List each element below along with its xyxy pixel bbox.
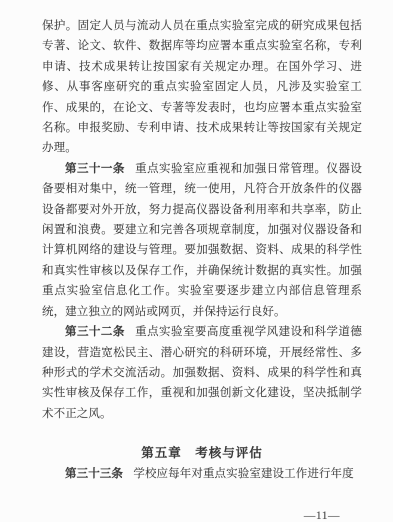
- article-32-paragraph: 第三十二条重点实验室要高度重视学风建设和科学道德建设，营造宽松民主、潜心研究的科…: [42, 322, 362, 424]
- article-32-number: 第三十二条: [65, 326, 125, 338]
- article-33-number: 第三十三条: [65, 468, 123, 480]
- article-33-text: 学校应每年对重点实验室建设工作进行年度: [133, 468, 353, 480]
- article-33-paragraph: 第三十三条学校应每年对重点实验室建设工作进行年度: [42, 464, 362, 484]
- article-32-text: 重点实验室要高度重视学风建设和科学道德建设，营造宽松民主、潜心研究的科研环境，开…: [42, 326, 362, 420]
- chapter-heading: 第五章 考核与评估: [42, 443, 362, 463]
- page-number: —11—: [42, 506, 362, 522]
- article-31-number: 第三十一条: [65, 163, 125, 175]
- document-page: 保护。固定人员与流动人员在重点实验室完成的研究成果包括专著、论文、软件、数据库等…: [0, 0, 393, 522]
- paragraph-continued: 保护。固定人员与流动人员在重点实验室完成的研究成果包括专著、论文、软件、数据库等…: [42, 16, 362, 159]
- article-31-text: 重点实验室应重视和加强日常管理。仪器设备要相对集中，统一管理，统一使用，凡符合开…: [42, 163, 362, 318]
- article-31-paragraph: 第三十一条重点实验室应重视和加强日常管理。仪器设备要相对集中，统一管理，统一使用…: [42, 159, 362, 322]
